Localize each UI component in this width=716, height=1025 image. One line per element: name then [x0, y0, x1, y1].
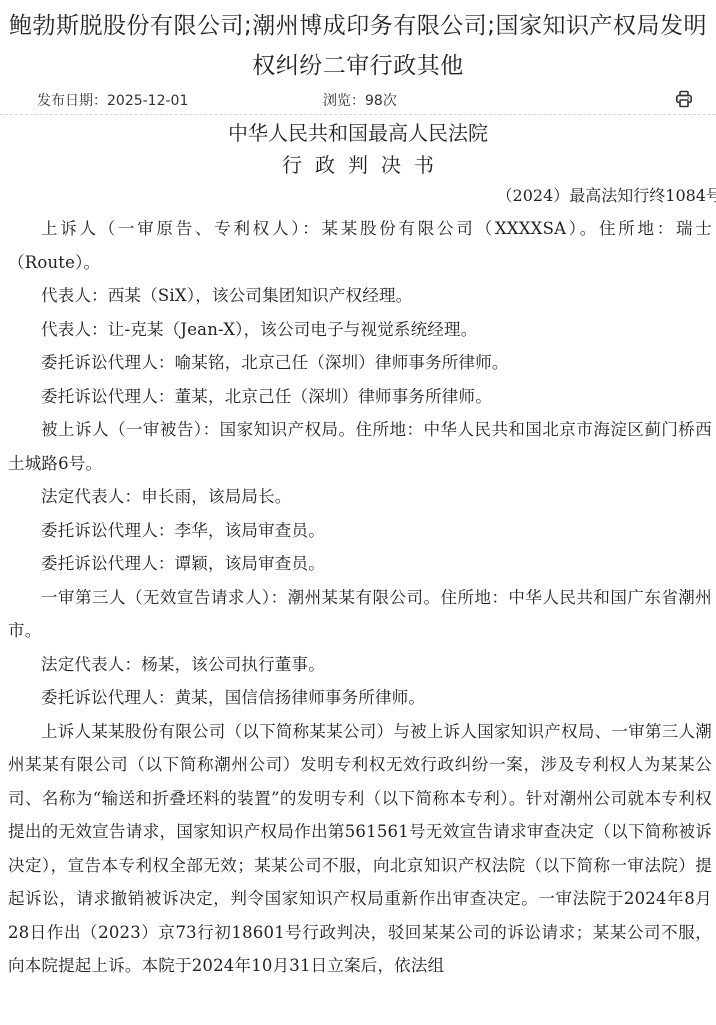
party-third-party: 一审第三人（无效宣告请求人）：潮州某某有限公司。住所地：中华人民共和国广东省潮州…	[0, 581, 716, 648]
party-legal-representative: 法定代表人：杨某，该公司执行董事。	[0, 648, 716, 682]
case-background-paragraph: 上诉人某某股份有限公司（以下简称某某公司）与被上诉人国家知识产权局、一审第三人潮…	[0, 715, 716, 983]
court-name: 中华人民共和国最高人民法院	[0, 118, 716, 148]
page-title: 鲍勃斯脱股份有限公司;潮州博成印务有限公司;国家知识产权局发明权纠纷二审行政其他	[0, 0, 716, 86]
printer-icon	[675, 90, 693, 108]
party-agent: 委托诉讼代理人：喻某铭，北京己任（深圳）律师事务所律师。	[0, 346, 716, 380]
party-appellee: 被上诉人（一审被告）：国家知识产权局。住所地：中华人民共和国北京市海淀区蓟门桥西…	[0, 413, 716, 480]
party-legal-representative: 法定代表人：申长雨，该局局长。	[0, 480, 716, 514]
party-agent: 委托诉讼代理人：黄某，国信信扬律师事务所律师。	[0, 681, 716, 715]
party-representative: 代表人：西某（SiX），该公司集团知识产权经理。	[0, 279, 716, 313]
party-agent: 委托诉讼代理人：董某，北京己任（深圳）律师事务所律师。	[0, 380, 716, 414]
party-agent: 委托诉讼代理人：谭颖，该局审查员。	[0, 547, 716, 581]
publish-date: 发布日期：2025-12-01	[37, 90, 188, 110]
judgment-document: 中华人民共和国最高人民法院 行政判决书 （2024）最高法知行终1084号 上诉…	[0, 116, 716, 983]
print-button[interactable]	[675, 90, 693, 108]
party-appellant: 上诉人（一审原告、专利权人）：某某股份有限公司（XXXXSA）。住所地：瑞士（R…	[0, 212, 716, 279]
document-type: 行政判决书	[0, 150, 716, 180]
view-count: 浏览：98次	[323, 90, 397, 110]
case-number: （2024）最高法知行终1084号	[0, 180, 716, 212]
party-agent: 委托诉讼代理人：李华，该局审查员。	[0, 514, 716, 548]
meta-bar: 发布日期：2025-12-01 浏览：98次	[0, 86, 716, 115]
party-representative: 代表人：让-克某（Jean-X），该公司电子与视觉系统经理。	[0, 313, 716, 347]
